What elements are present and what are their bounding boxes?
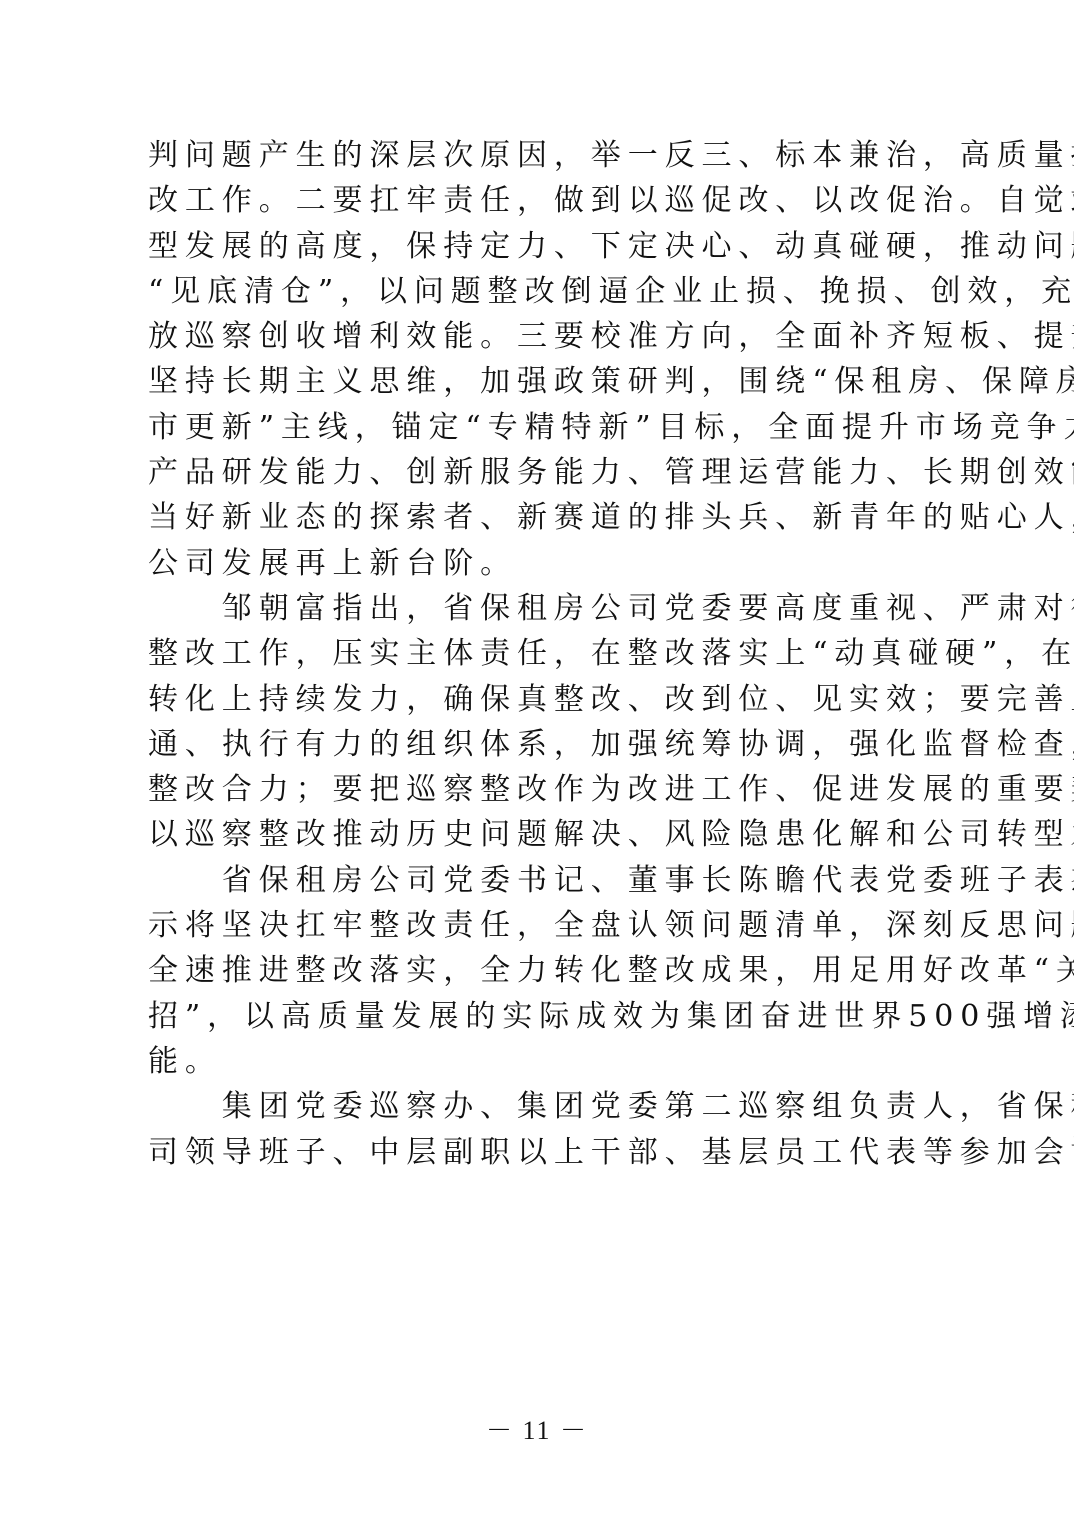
text-line: 省保租房公司党委书记、董事长陈瞻代表党委班子表态，表 [148, 858, 928, 903]
text-line: 市更新”主线，锚定“专精特新”目标，全面提升市场竞争力、 [148, 405, 928, 450]
text-line: 改工作。二要扛牢责任，做到以巡促改、以改促治。自觉站在转 [148, 178, 928, 223]
text-line: 司领导班子、中层副职以上干部、基层员工代表等参加会议。 [148, 1130, 928, 1175]
text-line: 坚持长期主义思维，加强政策研判，围绕“保租房、保障房、城 [148, 359, 928, 404]
text-line: 能。 [148, 1039, 928, 1084]
text-line: 整改工作，压实主体责任，在整改落实上“动真碰硬”，在成果 [148, 631, 928, 676]
document-page: 判问题产生的深层次原因，举一反三、标本兼治，高质量抓好整 改工作。二要扛牢责任，… [0, 0, 1074, 1520]
paragraph-4: 集团党委巡察办、集团党委第二巡察组负责人，省保租房公 司领导班子、中层副职以上干… [148, 1084, 928, 1175]
text-line: 招”，以高质量发展的实际成效为集团奋进世界500强增添新动 [148, 994, 928, 1039]
text-line: 整改合力；要把巡察整改作为改进工作、促进发展的重要契机， [148, 767, 928, 812]
text-line: 通、执行有力的组织体系，加强统筹协调，强化监督检查，汇聚 [148, 722, 928, 767]
text-line: 集团党委巡察办、集团党委第二巡察组负责人，省保租房公 [148, 1084, 928, 1129]
text-line: 转化上持续发力，确保真整改、改到位、见实效；要完善上下贯 [148, 677, 928, 722]
text-line: “见底清仓”，以问题整改倒逼企业止损、挽损、创效，充分释 [148, 269, 928, 314]
text-line: 示将坚决扛牢整改责任，全盘认领问题清单，深刻反思问题根源， [148, 903, 928, 948]
text-line: 以巡察整改推动历史问题解决、风险隐患化解和公司转型发展。 [148, 812, 928, 857]
text-line: 型发展的高度，保持定力、下定决心、动真碰硬，推动问题整改 [148, 224, 928, 269]
text-line: 公司发展再上新台阶。 [148, 541, 928, 586]
text-line: 放巡察创收增利效能。三要校准方向，全面补齐短板、提升能力。 [148, 314, 928, 359]
text-line: 判问题产生的深层次原因，举一反三、标本兼治，高质量抓好整 [148, 133, 928, 178]
text-line: 当好新业态的探索者、新赛道的排头兵、新青年的贴心人，推动 [148, 495, 928, 540]
paragraph-2: 邹朝富指出，省保租房公司党委要高度重视、严肃对待巡察 整改工作，压实主体责任，在… [148, 586, 928, 858]
text-line: 产品研发能力、创新服务能力、管理运营能力、长期创效能力， [148, 450, 928, 495]
text-line: 全速推进整改落实，全力转化整改成果，用足用好改革“关键一 [148, 948, 928, 993]
paragraph-1: 判问题产生的深层次原因，举一反三、标本兼治，高质量抓好整 改工作。二要扛牢责任，… [148, 133, 928, 586]
document-body: 判问题产生的深层次原因，举一反三、标本兼治，高质量抓好整 改工作。二要扛牢责任，… [148, 133, 928, 1175]
text-line: 邹朝富指出，省保租房公司党委要高度重视、严肃对待巡察 [148, 586, 928, 631]
page-number: － 11 － [0, 1410, 1074, 1447]
paragraph-3: 省保租房公司党委书记、董事长陈瞻代表党委班子表态，表 示将坚决扛牢整改责任，全盘… [148, 858, 928, 1084]
